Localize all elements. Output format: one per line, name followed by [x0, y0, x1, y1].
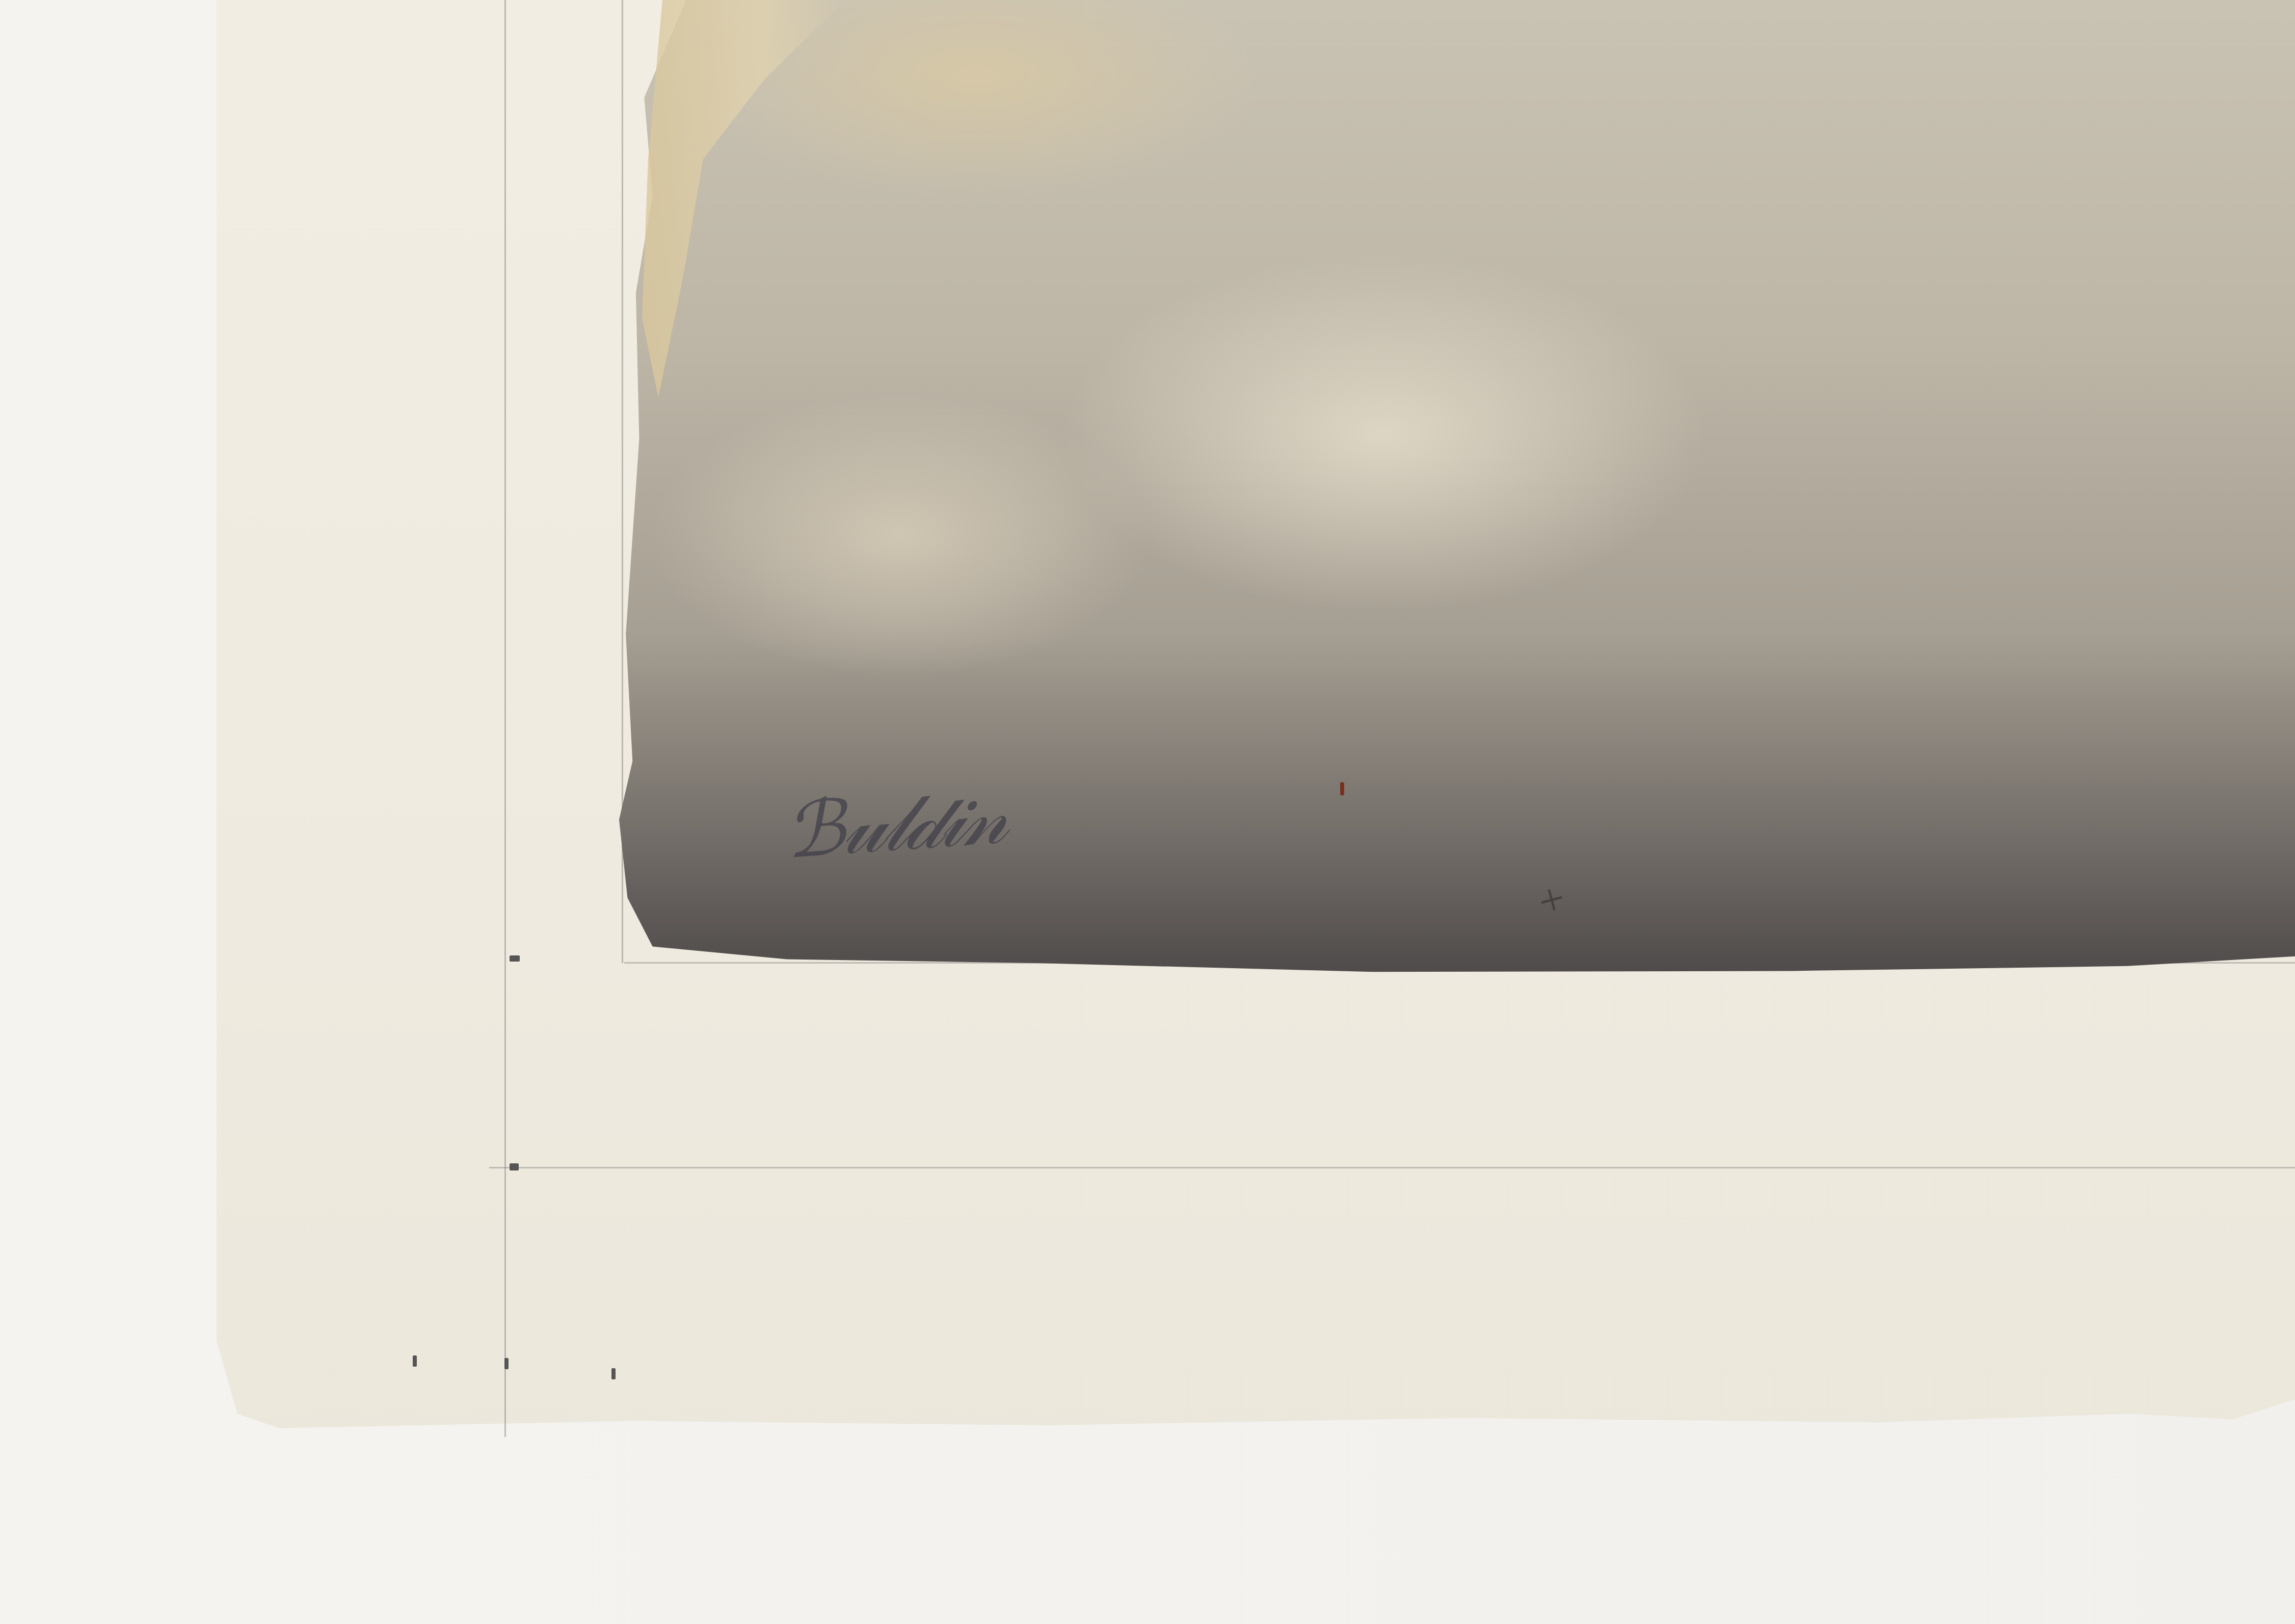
pencil-tick	[510, 1163, 519, 1170]
pencil-tick	[510, 955, 520, 962]
pencil-tick	[413, 1355, 417, 1367]
pencil-guide-horizontal-outer	[489, 1167, 2295, 1168]
pencil-tick	[504, 1358, 509, 1369]
red-pigment-fleck	[1340, 782, 1344, 795]
pencil-tick	[611, 1368, 616, 1379]
pencil-guide-vertical-outer	[504, 0, 506, 1437]
artist-signature: ℬ𝓊𝓁𝒹𝒾𝓃	[782, 772, 1008, 877]
